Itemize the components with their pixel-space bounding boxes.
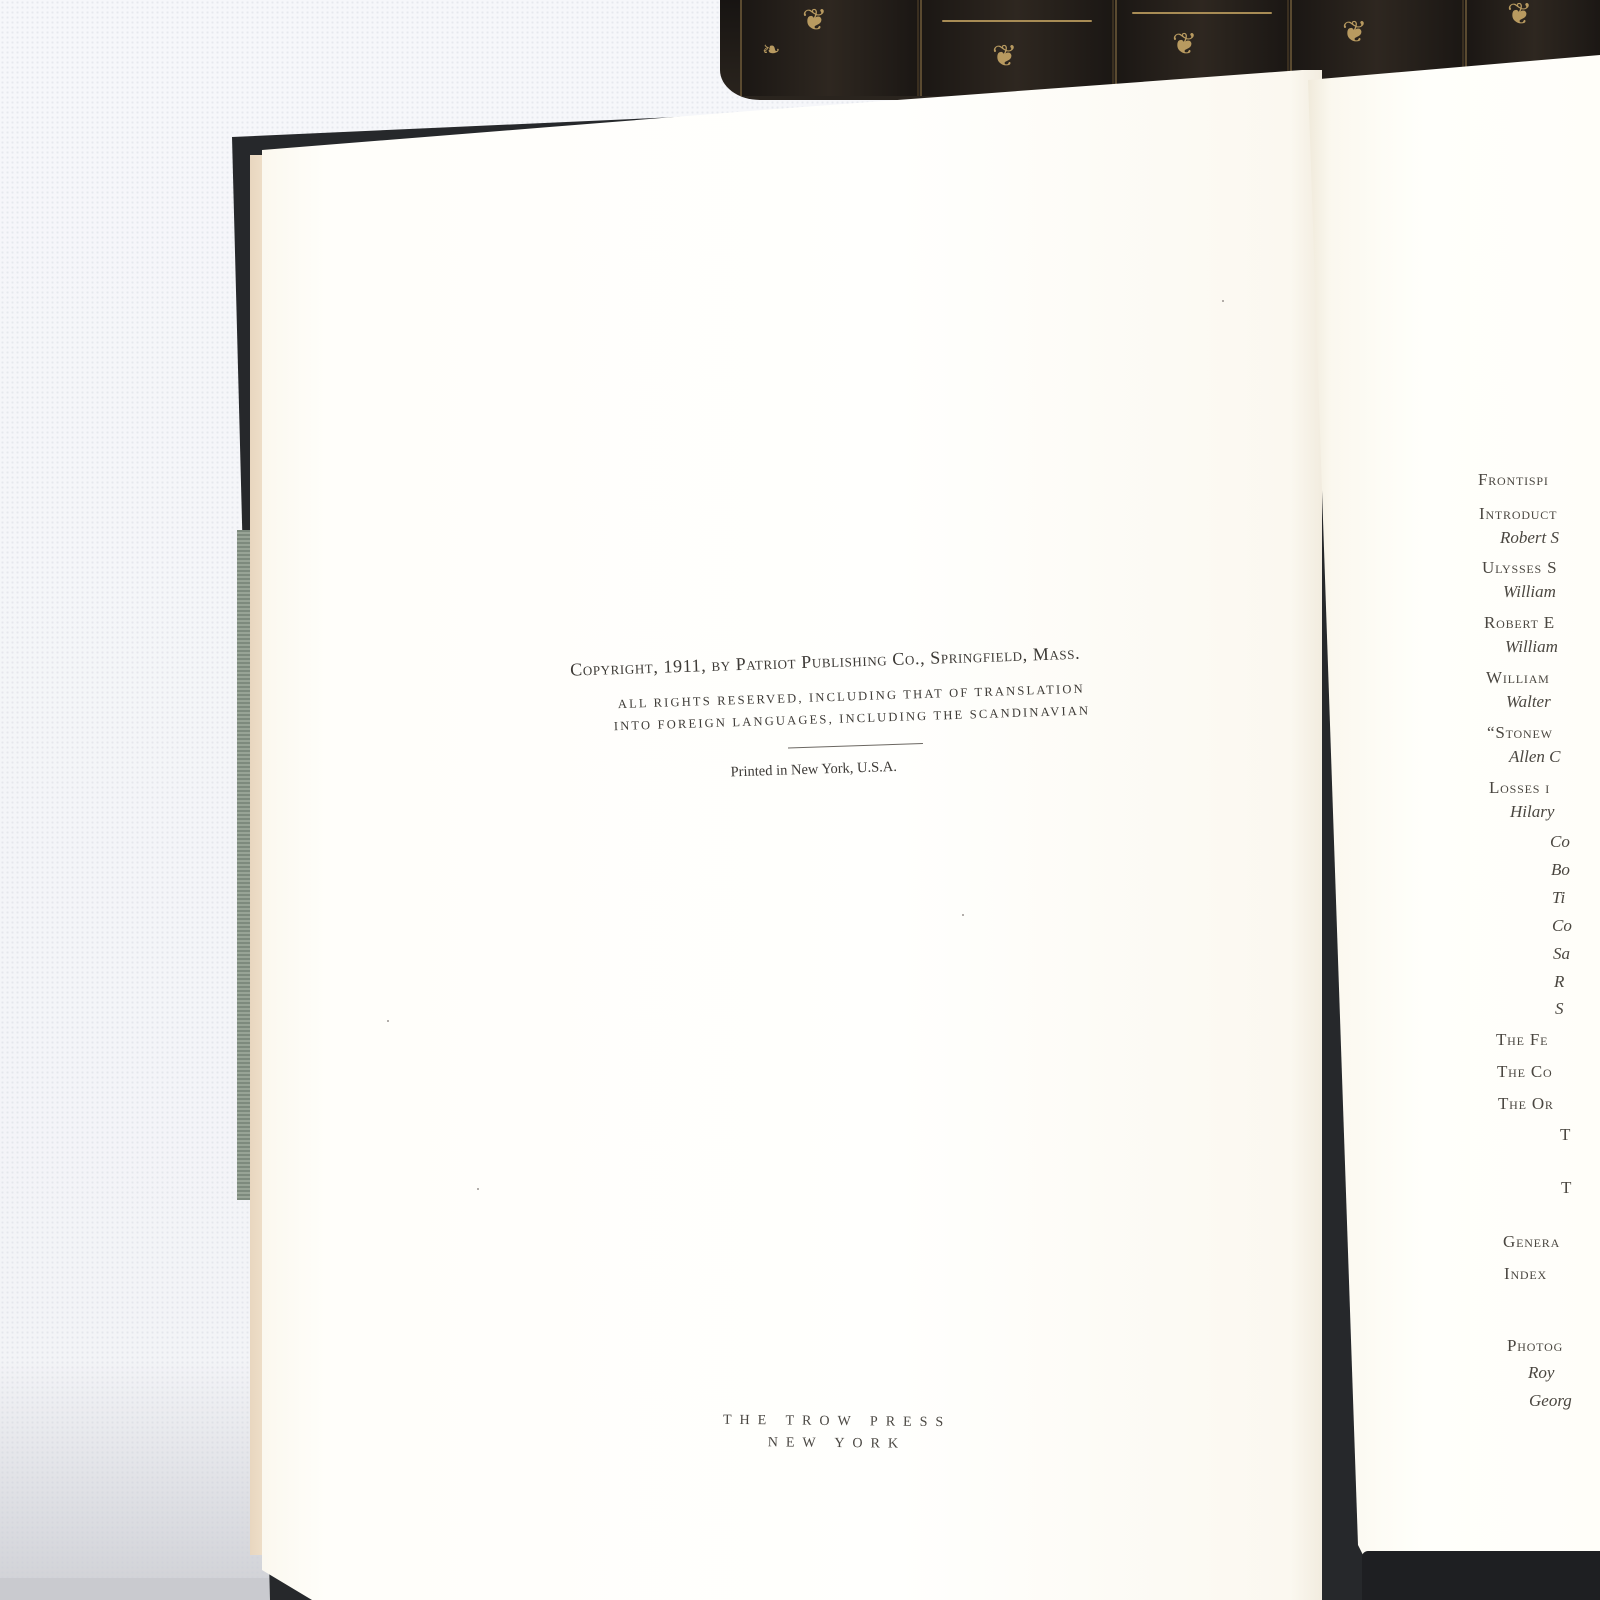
toc-entry-title: Frontispi	[1478, 470, 1549, 490]
book-spine: ❦	[920, 0, 1114, 96]
fleuron-ornament-icon: ❦	[1507, 0, 1532, 30]
toc-entry-title: T	[1561, 1178, 1572, 1198]
toc-entry-title: The Fe	[1496, 1030, 1548, 1050]
fleuron-ornament-icon: ❦	[802, 6, 827, 36]
toc-entry-author: Roy	[1528, 1363, 1554, 1383]
table-of-contents: FrontispiIntroductRobert SUlysses SWilli…	[1478, 470, 1600, 1430]
fleuron-ornament-icon: ❦	[992, 42, 1017, 72]
toc-entry-title: The Or	[1498, 1094, 1554, 1114]
toc-entry-author: Walter	[1506, 692, 1551, 712]
toc-entry-author: Robert S	[1500, 528, 1559, 548]
fleuron-ornament-icon: ❦	[1172, 30, 1197, 60]
printer-imprint: The Trow Press New York	[712, 1413, 962, 1454]
toc-entry-title: T	[1560, 1125, 1571, 1145]
toc-entry-title: William	[1486, 668, 1550, 688]
toc-entry-author: Sa	[1553, 944, 1570, 964]
paper-speck	[387, 1020, 389, 1022]
gilt-rule	[942, 20, 1092, 22]
left-page	[262, 70, 1322, 1600]
toc-entry-author: Allen C	[1509, 747, 1560, 767]
toc-entry-title: Index	[1504, 1264, 1547, 1284]
fleuron-ornament-icon: ❧	[762, 40, 780, 62]
fleuron-ornament-icon: ❦	[1342, 18, 1367, 48]
divider-rule	[788, 743, 923, 748]
book-cover-corner	[1362, 1551, 1600, 1600]
toc-entry-author: Georg	[1529, 1391, 1572, 1411]
toc-entry-author: Co	[1552, 916, 1572, 936]
gilt-rule	[1132, 12, 1272, 14]
press-city: New York	[712, 1435, 962, 1454]
paper-speck	[962, 914, 964, 916]
toc-entry-title: The Co	[1497, 1062, 1552, 1082]
toc-entry-title: Photog	[1507, 1336, 1563, 1356]
toc-entry-author: William	[1505, 637, 1558, 657]
toc-entry-author: Hilary	[1510, 802, 1554, 822]
rights-reserved: All rights reserved, including that of t…	[551, 675, 1152, 739]
toc-entry-title: “Stonew	[1487, 723, 1553, 743]
toc-entry-title: Robert E	[1484, 613, 1555, 633]
copyright-notice: Copyright, 1911, by Patriot Publishing C…	[500, 640, 1154, 788]
book-spine: ❦ ❧	[740, 0, 919, 96]
toc-entry-title: Ulysses S	[1482, 558, 1557, 578]
toc-entry-author: Bo	[1551, 860, 1570, 880]
toc-entry-author: Co	[1550, 832, 1570, 852]
paper-speck	[1222, 300, 1224, 302]
toc-entry-title: Genera	[1503, 1232, 1560, 1252]
table-surface	[0, 1578, 280, 1600]
paper-speck	[477, 1188, 479, 1190]
toc-entry-title: Introduct	[1479, 504, 1557, 524]
toc-entry-author: Ti	[1552, 888, 1565, 908]
toc-entry-author: S	[1555, 999, 1564, 1019]
toc-entry-title: Losses i	[1489, 778, 1550, 798]
toc-entry-author: William	[1503, 582, 1556, 602]
toc-entry-author: R	[1554, 972, 1564, 992]
press-name: The Trow Press	[712, 1413, 962, 1432]
